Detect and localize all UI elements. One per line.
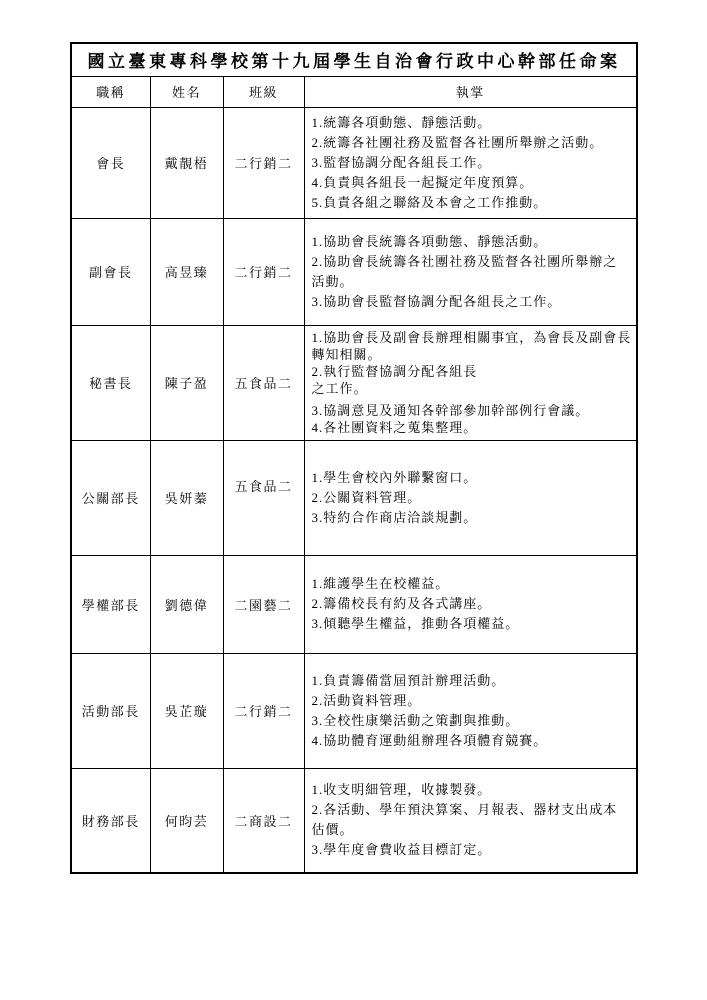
duties-cell: 1.學生會校內外聯繫窗口。2.公關資料管理。3.特約合作商店洽談規劃。 [304, 440, 637, 555]
header-duties: 執掌 [304, 76, 637, 107]
position-cell: 財務部長 [71, 768, 150, 873]
duty-line: 2.協助會長統籌各社團社務及監督各社團所舉辦之 活動。 [312, 252, 633, 292]
header-class: 班級 [223, 76, 304, 107]
duties-cell: 1.協助會長統籌各項動態、靜態活動。2.協助會長統籌各社團社務及監督各社團所舉辦… [304, 218, 637, 325]
duty-line: 4.協助體育運動組辦理各項體育競賽。 [312, 731, 633, 751]
duty-line: 3.協助會長監督協調分配各組長之工作。 [312, 292, 633, 312]
class-label: 二園藝二 [234, 598, 292, 613]
class-cell: 二園藝二 [223, 555, 304, 653]
duty-line: 2.籌備校長有約及各式講座。 [312, 594, 633, 614]
name-cell: 吳芷璇 [150, 653, 223, 768]
duties-cell: 1.收支明細管理，收據製發。2.各活動、學年預決算案、月報表、器材支出成本 估價… [304, 768, 637, 873]
class-label: 五食品二 [234, 479, 292, 494]
position-cell: 學權部長 [71, 555, 150, 653]
duties-list: 1.協助會長及副會長辦理相關事宜，為會長及副會長 轉知相關。2.執行監督協調分配… [305, 329, 637, 436]
duty-line: 4.負責與各組長一起擬定年度預算。 [312, 173, 633, 193]
table-row: 活動部長 吳芷璇 二行銷二 1.負責籌備當屆預計辦理活動。2.活動資料管理。3.… [71, 653, 637, 768]
class-cell: 五食品二 [223, 325, 304, 440]
duties-cell: 1.維護學生在校權益。2.籌備校長有約及各式講座。3.傾聽學生權益，推動各項權益… [304, 555, 637, 653]
duties-list: 1.負責籌備當屆預計辦理活動。2.活動資料管理。3.全校性康樂活動之策劃與推動。… [305, 671, 637, 751]
duty-line: 5.負責各組之聯絡及本會之工作推動。 [312, 193, 633, 213]
duty-line: 1.協助會長統籌各項動態、靜態活動。 [312, 232, 633, 252]
class-label: 二行銷二 [234, 265, 292, 280]
table-row: 公關部長 吳妍蓁 五食品二 1.學生會校內外聯繫窗口。2.公關資料管理。3.特約… [71, 440, 637, 555]
class-label: 二行銷二 [234, 704, 292, 719]
duty-line: 3.傾聽學生權益，推動各項權益。 [312, 614, 633, 634]
table-row: 秘書長 陳子盈 五食品二 1.協助會長及副會長辦理相關事宜，為會長及副會長 轉知… [71, 325, 637, 440]
table-row: 財務部長 何昀芸 二商設二 1.收支明細管理，收據製發。2.各活動、學年預決算案… [71, 768, 637, 873]
position-cell: 秘書長 [71, 325, 150, 440]
table-header-row: 職稱 姓名 班級 執掌 [71, 76, 637, 107]
duty-line: 2.各活動、學年預決算案、月報表、器材支出成本 估價。 [312, 800, 633, 840]
header-position: 職稱 [71, 76, 150, 107]
table-title-row: 國立臺東專科學校第十九屆學生自治會行政中心幹部任命案 [71, 43, 637, 76]
name-cell: 劉德偉 [150, 555, 223, 653]
duty-line: 1.協助會長及副會長辦理相關事宜，為會長及副會長 轉知相關。 [312, 329, 633, 363]
header-name: 姓名 [150, 76, 223, 107]
position-cell: 會長 [71, 107, 150, 218]
position-cell: 副會長 [71, 218, 150, 325]
name-cell: 何昀芸 [150, 768, 223, 873]
class-cell: 二行銷二 [223, 107, 304, 218]
duty-line: 3.全校性康樂活動之策劃與推動。 [312, 711, 633, 731]
duties-cell: 1.負責籌備當屆預計辦理活動。2.活動資料管理。3.全校性康樂活動之策劃與推動。… [304, 653, 637, 768]
duties-list: 1.收支明細管理，收據製發。2.各活動、學年預決算案、月報表、器材支出成本 估價… [305, 780, 637, 860]
duties-list: 1.統籌各項動態、靜態活動。2.統籌各社團社務及監督各社團所舉辦之活動。3.監督… [305, 113, 637, 213]
table-body: 國立臺東專科學校第十九屆學生自治會行政中心幹部任命案 職稱 姓名 班級 執掌 會… [71, 43, 637, 873]
duties-list: 1.維護學生在校權益。2.籌備校長有約及各式講座。3.傾聽學生權益，推動各項權益… [305, 574, 637, 634]
duty-line: 1.收支明細管理，收據製發。 [312, 780, 633, 800]
duties-cell: 1.統籌各項動態、靜態活動。2.統籌各社團社務及監督各社團所舉辦之活動。3.監督… [304, 107, 637, 218]
duty-line: 1.統籌各項動態、靜態活動。 [312, 113, 633, 133]
duty-line: 4.各社團資料之蒐集整理。 [312, 419, 633, 436]
class-cell: 二商設二 [223, 768, 304, 873]
duty-line: 1.學生會校內外聯繫窗口。 [312, 468, 633, 488]
duty-line: 3.特約合作商店洽談規劃。 [312, 508, 633, 528]
name-cell: 高昱臻 [150, 218, 223, 325]
class-label: 五食品二 [234, 376, 292, 391]
appointment-table: 國立臺東專科學校第十九屆學生自治會行政中心幹部任命案 職稱 姓名 班級 執掌 會… [70, 42, 638, 874]
duties-list: 1.學生會校內外聯繫窗口。2.公關資料管理。3.特約合作商店洽談規劃。 [305, 468, 637, 528]
position-cell: 公關部長 [71, 440, 150, 555]
duty-line: 3.協調意見及通知各幹部參加幹部例行會議。 [312, 402, 633, 419]
duty-line: 2.執行監督協調分配各組長 之工作。 [312, 363, 633, 397]
name-cell: 戴靚梧 [150, 107, 223, 218]
duty-line: 1.負責籌備當屆預計辦理活動。 [312, 671, 633, 691]
duty-line: 3.學年度會費收益目標訂定。 [312, 840, 633, 860]
class-cell: 二行銷二 [223, 218, 304, 325]
table-row: 副會長 高昱臻 二行銷二 1.協助會長統籌各項動態、靜態活動。2.協助會長統籌各… [71, 218, 637, 325]
position-cell: 活動部長 [71, 653, 150, 768]
class-label: 二行銷二 [234, 156, 292, 171]
class-cell: 二行銷二 [223, 653, 304, 768]
table-row: 會長 戴靚梧 二行銷二 1.統籌各項動態、靜態活動。2.統籌各社團社務及監督各社… [71, 107, 637, 218]
class-cell: 五食品二 [223, 440, 304, 555]
duty-line: 2.活動資料管理。 [312, 691, 633, 711]
class-label: 二商設二 [234, 814, 292, 829]
name-cell: 吳妍蓁 [150, 440, 223, 555]
duty-line: 2.公關資料管理。 [312, 488, 633, 508]
duties-list: 1.協助會長統籌各項動態、靜態活動。2.協助會長統籌各社團社務及監督各社團所舉辦… [305, 232, 637, 312]
name-cell: 陳子盈 [150, 325, 223, 440]
duty-line: 2.統籌各社團社務及監督各社團所舉辦之活動。 [312, 133, 633, 153]
duty-line: 3.監督協調分配各組長工作。 [312, 153, 633, 173]
document-title: 國立臺東專科學校第十九屆學生自治會行政中心幹部任命案 [71, 43, 637, 76]
duties-cell: 1.協助會長及副會長辦理相關事宜，為會長及副會長 轉知相關。2.執行監督協調分配… [304, 325, 637, 440]
table-row: 學權部長 劉德偉 二園藝二 1.維護學生在校權益。2.籌備校長有約及各式講座。3… [71, 555, 637, 653]
duty-line: 1.維護學生在校權益。 [312, 574, 633, 594]
